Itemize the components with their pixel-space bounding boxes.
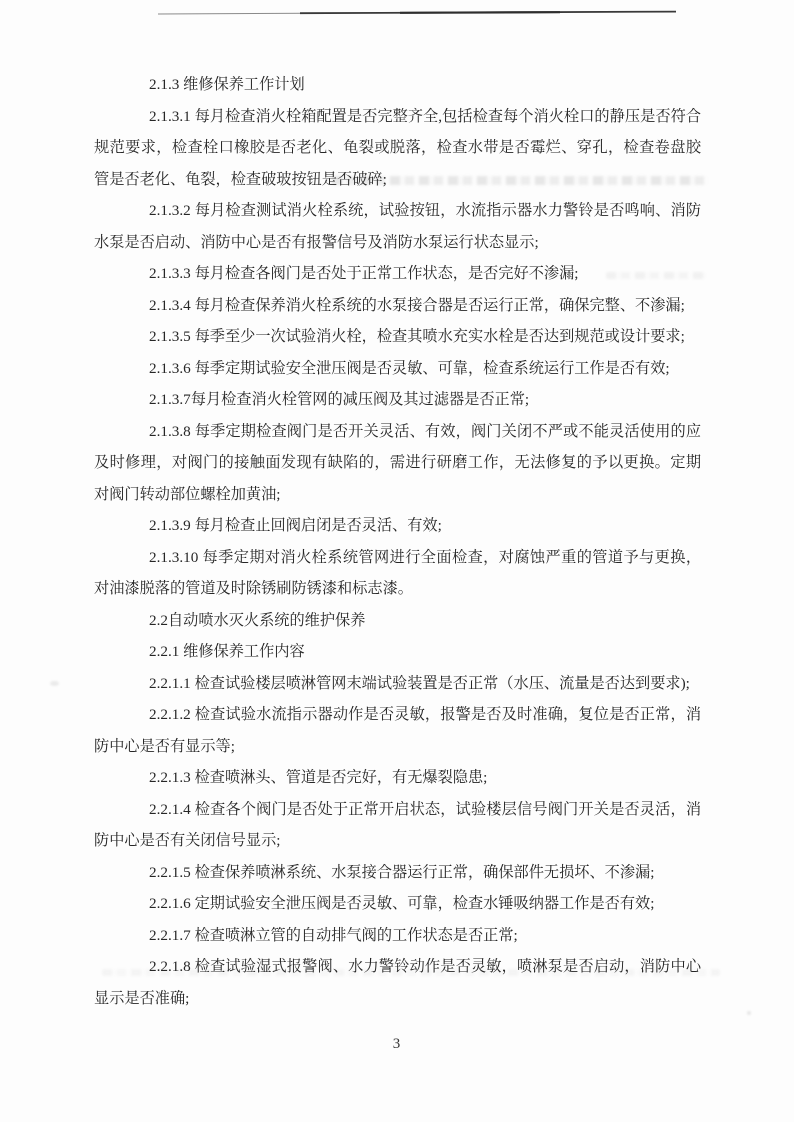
paragraph: 2.2.1.1 检查试验楼层喷淋管网末端试验装置是否正常（水压、流量是否达到要求…	[94, 668, 701, 700]
paragraph: 2.1.3.2 每月检查测试消火栓系统，试验按钮，水流指示器水力警铃是否鸣响、消…	[94, 195, 701, 258]
paragraph: 2.2.1.5 检查保养喷淋系统、水泵接合器运行正常，确保部件无损坏、不渗漏;	[94, 857, 701, 889]
paragraph: 2.1.3.6 每季定期试验安全泄压阀是否灵敏、可靠，检查系统运行工作是否有效;	[94, 353, 701, 385]
paragraph: 2.2.1.6 定期试验安全泄压阀是否灵敏、可靠，检查水锤吸纳器工作是否有效;	[94, 888, 701, 920]
paragraph: 2.2.1.7 检查喷淋立管的自动排气阀的工作状态是否正常;	[94, 920, 701, 952]
paragraph: 2.2.1.3 检查喷淋头、管道是否完好，有无爆裂隐患;	[94, 762, 701, 794]
paragraph: 2.1.3.8 每季定期检查阀门是否开关灵活、有效，阀门关闭不严或不能灵活使用的…	[94, 416, 701, 511]
paragraph: 2.1.3.10 每季定期对消火栓系统管网进行全面检查，对腐蚀严重的管道予与更换…	[94, 542, 701, 605]
paragraph: 2.1.3.4 每月检查保养消火栓系统的水泵接合器是否运行正常，确保完整、不渗漏…	[94, 290, 701, 322]
paragraph: 2.2.1.2 检查试验水流指示器动作是否灵敏，报警是否及时准确，复位是否正常，…	[94, 699, 701, 762]
paragraph: 2.1.3.7每月检查消火栓管网的减压阀及其过滤器是否正常;	[94, 384, 701, 416]
section-heading: 2.2自动喷水灭火系统的维护保养	[94, 605, 701, 637]
smudge-artifact	[50, 681, 59, 686]
paragraph: 2.2.1.8 检查试验湿式报警阀、水力警铃动作是否灵敏，喷淋泵是否启动，消防中…	[94, 951, 701, 1014]
scan-line-artifact	[0, 0, 794, 24]
smudge-artifact	[747, 1011, 751, 1015]
document-body: 2.1.3 维修保养工作计划 2.1.3.1 每月检查消火栓箱配置是否完整齐全,…	[94, 69, 701, 1014]
paragraph: 2.1.3.3 每月检查各阀门是否处于正常工作状态，是否完好不渗漏;	[94, 258, 701, 290]
document-page: 2.1.3 维修保养工作计划 2.1.3.1 每月检查消火栓箱配置是否完整齐全,…	[0, 0, 794, 1122]
paragraph: 2.2.1.4 检查各个阀门是否处于正常开启状态，试验楼层信号阀门开关是否灵活，…	[94, 794, 701, 857]
section-heading: 2.2.1 维修保养工作内容	[94, 636, 701, 668]
paragraph: 2.1.3.9 每月检查止回阀启闭是否灵活、有效;	[94, 510, 701, 542]
section-heading: 2.1.3 维修保养工作计划	[94, 69, 701, 101]
paragraph: 2.1.3.1 每月检查消火栓箱配置是否完整齐全,包括检查每个消火栓口的静压是否…	[94, 101, 701, 196]
paragraph: 2.1.3.5 每季至少一次试验消火栓，检查其喷水充实水栓是否达到规范或设计要求…	[94, 321, 701, 353]
page-number: 3	[0, 1036, 794, 1053]
